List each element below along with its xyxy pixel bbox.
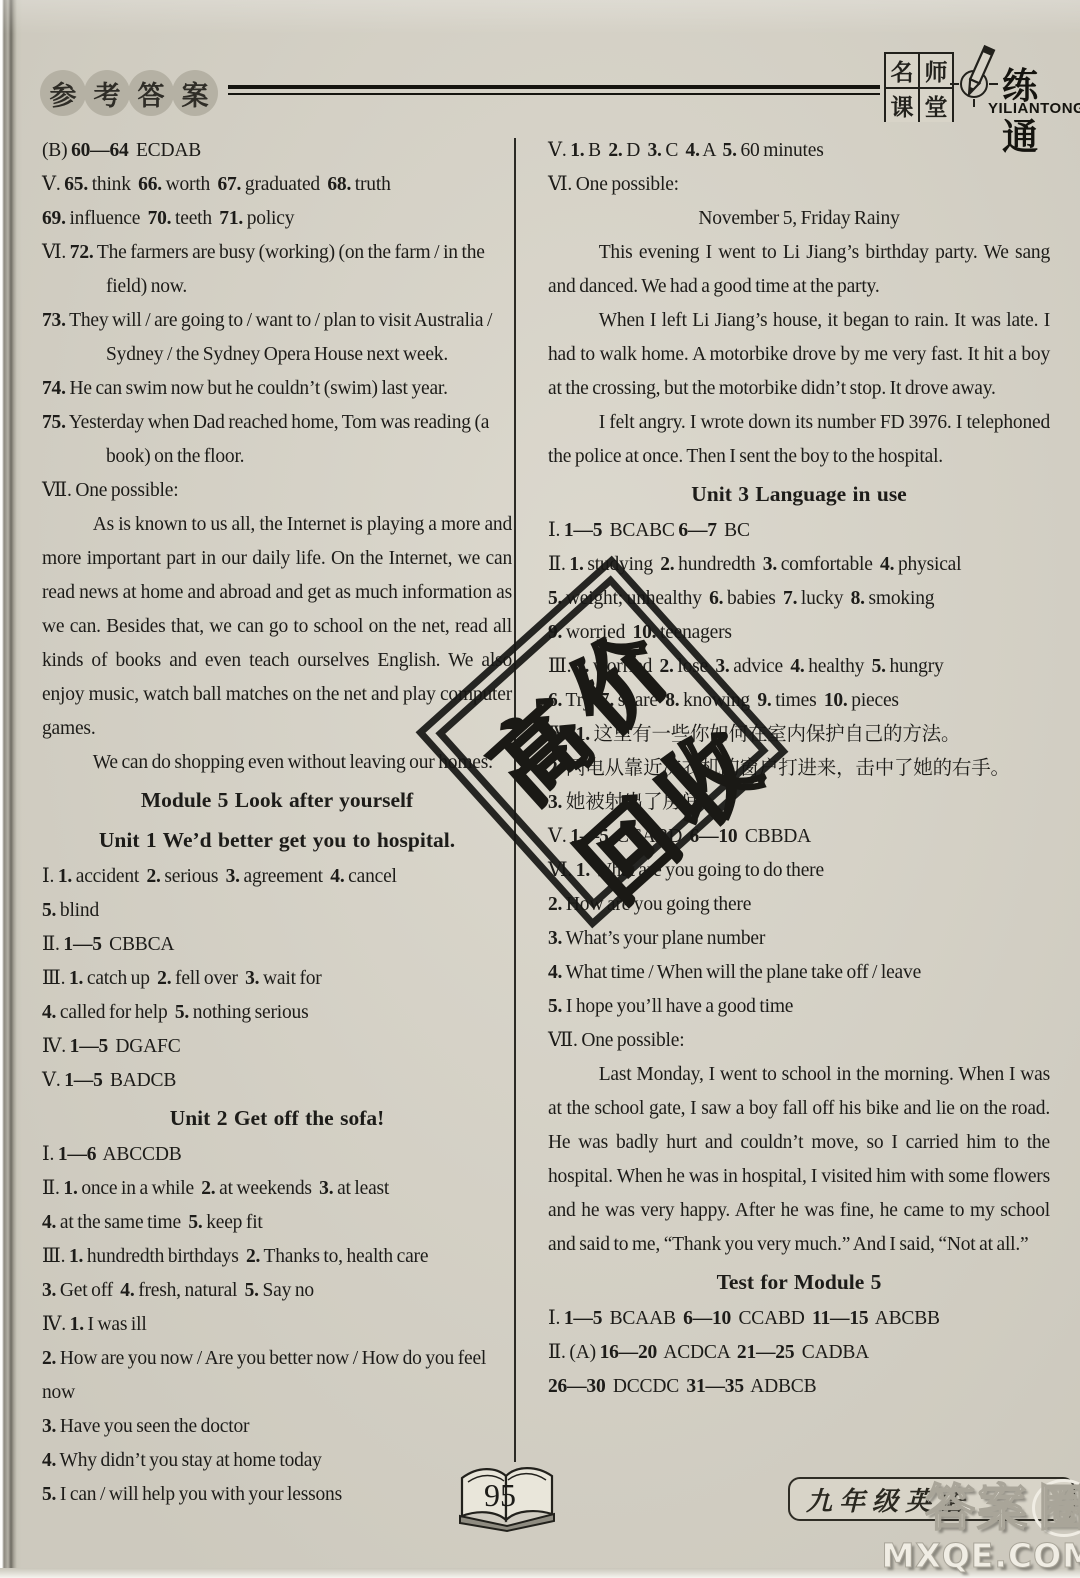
answer-line: 6. Try 7. share 8. knowing 9. times 10. … bbox=[548, 684, 1050, 718]
answer-line: 5. I can / will help you with your lesso… bbox=[42, 1478, 512, 1512]
site-watermark-url: MXQE.COM bbox=[881, 1539, 1080, 1574]
section-heading: Unit 1 We’d better get you to hospital. bbox=[42, 820, 512, 860]
answer-line: Ⅰ. 1—5 BCABC 6—7 BC bbox=[548, 514, 1050, 548]
badge-char: 考 bbox=[84, 70, 130, 116]
brand-subtitle: YILIANTONG bbox=[988, 100, 1080, 117]
answer-line: 26—30 DCCDC 31—35 ADBCB bbox=[548, 1370, 1050, 1404]
answer-line: 5. I hope you’ll have a good time bbox=[548, 990, 1050, 1024]
answer-line: (B) 60—64 ECDAB bbox=[42, 134, 512, 168]
answer-line: Ⅲ. 1. worried 2. lose 3. advice 4. healt… bbox=[548, 650, 1050, 684]
logo-grid-char: 课 bbox=[886, 89, 918, 122]
answer-line: Sydney / the Sydney Opera House next wee… bbox=[42, 338, 512, 372]
circled-char: 圈 bbox=[1032, 1479, 1080, 1538]
answer-line: Ⅳ. 1—5 DGAFC bbox=[42, 1030, 512, 1064]
book-spine-edge bbox=[0, 0, 22, 1578]
answer-line: Ⅲ. 1. catch up 2. fell over 3. wait for bbox=[42, 962, 512, 996]
right-answer-column: Ⅴ. 1. B 2. D 3. C 4. A 5. 60 minutesⅥ. O… bbox=[548, 134, 1050, 1404]
answer-line: 3. What’s your plane number bbox=[548, 922, 1050, 956]
answer-line: 2. How are you going there bbox=[548, 888, 1050, 922]
answer-line: 73. They will / are going to / want to /… bbox=[42, 304, 512, 338]
answer-line: Ⅰ. 1—5 BCAAB 6—10 CCABD 11—15 ABCBB bbox=[548, 1302, 1050, 1336]
answer-line: 5. weight; unhealthy 6. babies 7. lucky … bbox=[548, 582, 1050, 616]
section-heading: Test for Module 5 bbox=[548, 1262, 1050, 1302]
answer-line: 74. He can swim now but he couldn’t (swi… bbox=[42, 372, 512, 406]
answer-line: Ⅱ. (A) 16—20 ACDCA 21—25 CADBA bbox=[548, 1336, 1050, 1370]
answer-line: 4. Why didn’t you stay at home today bbox=[42, 1444, 512, 1478]
answer-line: 69. influence 70. teeth 71. policy bbox=[42, 202, 512, 236]
section-heading: Unit 3 Language in use bbox=[548, 474, 1050, 514]
answer-line: 2. How are you now / Are you better now … bbox=[42, 1342, 512, 1410]
answer-line: Ⅴ. 65. think 66. worth 67. graduated 68.… bbox=[42, 168, 512, 202]
answer-line: Ⅱ. 1—5 CBBCA bbox=[42, 928, 512, 962]
answer-line: Ⅴ. 1—5 BADCB bbox=[42, 1064, 512, 1098]
answer-line: Ⅴ. 1. B 2. D 3. C 4. A 5. 60 minutes bbox=[548, 134, 1050, 168]
paper-top-sheen bbox=[0, 0, 1080, 34]
badge-char: 参 bbox=[40, 70, 86, 116]
answer-line: 4. called for help 5. nothing serious bbox=[42, 996, 512, 1030]
answer-line: field) now. bbox=[42, 270, 512, 304]
answer-line: Ⅶ. One possible: bbox=[548, 1024, 1050, 1058]
answer-line: Ⅲ. 1. hundredth birthdays 2. Thanks to, … bbox=[42, 1240, 512, 1274]
page-number-book-icon: 95 bbox=[448, 1458, 566, 1534]
site-watermark: 答案圈 MXQE.COM bbox=[881, 1479, 1080, 1574]
logo-grid-char: 名 bbox=[886, 54, 918, 87]
page-number: 95 bbox=[484, 1477, 516, 1513]
answer-line: 5. blind bbox=[42, 894, 512, 928]
reference-answers-badges: 参考答案 bbox=[40, 70, 216, 116]
answer-line: Ⅳ. 1. I was ill bbox=[42, 1308, 512, 1342]
section-heading: Unit 2 Get off the sofa! bbox=[42, 1098, 512, 1138]
answer-line: Ⅵ. 72. The farmers are busy (working) (o… bbox=[42, 236, 512, 270]
answer-line: 9. worried 10. teenagers bbox=[548, 616, 1050, 650]
answer-line: Ⅵ. One possible: bbox=[548, 168, 1050, 202]
left-answer-column: (B) 60—64 ECDABⅤ. 65. think 66. worth 67… bbox=[42, 134, 512, 1512]
answer-paragraph: When I left Li Jiang’s house, it began t… bbox=[548, 304, 1050, 406]
answer-paragraph: This evening I went to Li Jiang’s birthd… bbox=[548, 236, 1050, 304]
answer-paragraph: Last Monday, I went to school in the mor… bbox=[548, 1058, 1050, 1262]
answer-line: Ⅵ. 1. What are you going to do there bbox=[548, 854, 1050, 888]
answer-line: Ⅰ. 1—6 ABCCDB bbox=[42, 1138, 512, 1172]
answer-line: 3. Get off 4. fresh, natural 5. Say no bbox=[42, 1274, 512, 1308]
answer-line: Ⅶ. One possible: bbox=[42, 474, 512, 508]
answer-line: 2. 闪电从靠近洗衣机的窗户打进来，击中了她的右手。 bbox=[548, 752, 1050, 786]
answer-line: Ⅴ. 1—5 CCABD 6—10 CBBDA bbox=[548, 820, 1050, 854]
header-double-rule bbox=[228, 85, 880, 95]
answer-paragraph: I felt angry. I wrote down its number FD… bbox=[548, 406, 1050, 474]
answer-line: 4. What time / When will the plane take … bbox=[548, 956, 1050, 990]
badge-char: 答 bbox=[128, 70, 174, 116]
answer-line: 3. 她被射出了房间 bbox=[548, 786, 1050, 820]
answer-paragraph: As is known to us all, the Internet is p… bbox=[42, 508, 512, 746]
answer-line: Ⅳ. 1. 这里有一些你如何在室内保护自己的方法。 bbox=[548, 718, 1050, 752]
centered-line: November 5, Friday Rainy bbox=[548, 202, 1050, 236]
column-divider bbox=[514, 138, 516, 1462]
section-heading: Module 5 Look after yourself bbox=[42, 780, 512, 820]
answer-line: Ⅱ. 1. studying 2. hundredth 3. comfortab… bbox=[548, 548, 1050, 582]
answer-line: 3. Have you seen the doctor bbox=[42, 1410, 512, 1444]
badge-char: 案 bbox=[172, 70, 218, 116]
answer-line: 4. at the same time 5. keep fit bbox=[42, 1206, 512, 1240]
answer-line: Ⅰ. 1. accident 2. serious 3. agreement 4… bbox=[42, 860, 512, 894]
answer-line: 75. Yesterday when Dad reached home, Tom… bbox=[42, 406, 512, 440]
site-watermark-cn: 答案圈 bbox=[881, 1479, 1080, 1538]
logo-grid: 名师课堂 bbox=[884, 52, 954, 122]
answer-paragraph: We can do shopping even without leaving … bbox=[42, 746, 512, 780]
answer-key-page: 参考答案 名师课堂 练通 YILIANTONG (B) 60—64 ECDABⅤ… bbox=[0, 0, 1080, 1578]
answer-line: Ⅱ. 1. once in a while 2. at weekends 3. … bbox=[42, 1172, 512, 1206]
answer-line: book) on the floor. bbox=[42, 440, 512, 474]
